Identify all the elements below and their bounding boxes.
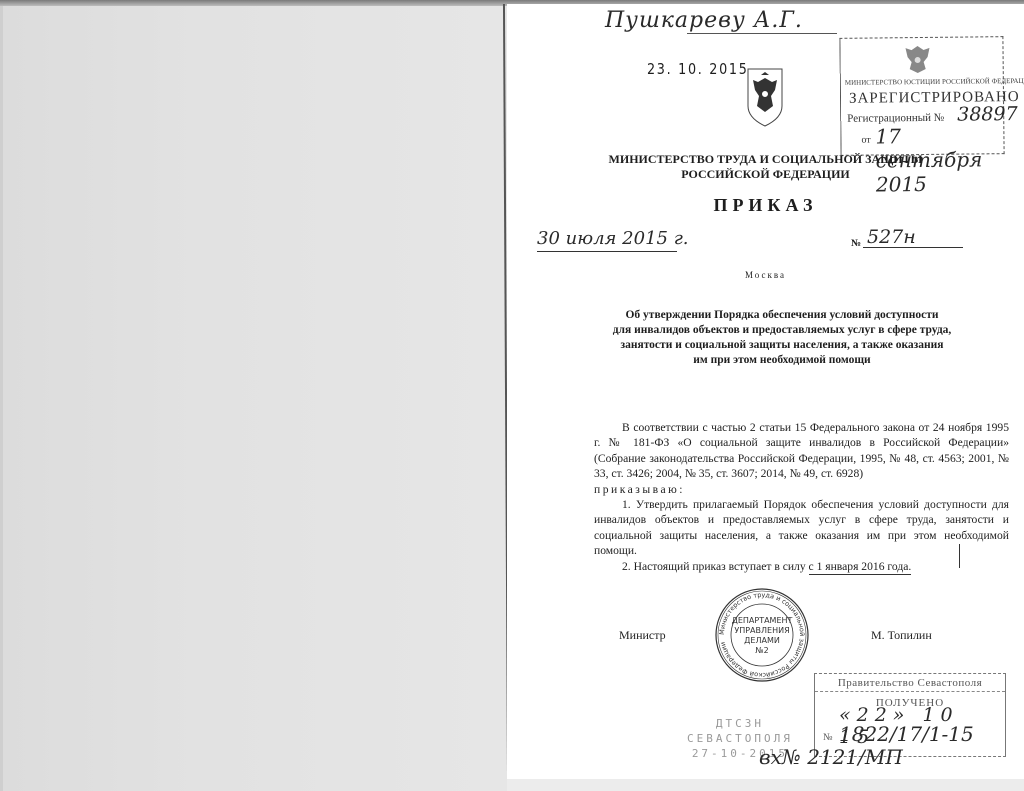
registration-number-label: Регистрационный № (847, 112, 944, 125)
item-2-text: 2. Настоящий приказ вступает в силу (622, 560, 809, 573)
order-page: Пушкареву А.Г. 23. 10. 2015 МИНИСТЕРСТВО… (507, 4, 1024, 779)
svg-text:ДЕПАРТАМЕНТ: ДЕПАРТАМЕНТ (732, 616, 793, 625)
document-title: ПРИКАЗ (507, 195, 1024, 216)
order-word: приказываю: (594, 482, 1009, 497)
addressee-underline (687, 33, 837, 34)
signatory-position: Министр (619, 628, 666, 643)
registration-stamp: МИНИСТЕРСТВО ЮСТИЦИИ РОССИЙСКОЙ ФЕДЕРАЦИ… (839, 36, 1004, 156)
eagle-emblem-icon (900, 42, 934, 76)
subject-line: для инвалидов объектов и предоставляемых… (557, 323, 1007, 338)
left-blank-page (0, 6, 508, 791)
registration-from-label: от (861, 135, 870, 146)
margin-mark (959, 544, 960, 568)
received-organization: Правительство Севастополя (815, 677, 1005, 692)
order-number: 527н (867, 226, 916, 248)
incoming-number-note: вх№ 2121/МП (759, 745, 903, 769)
order-number-underline (863, 247, 963, 248)
left-page-edge (0, 6, 3, 791)
order-date: 30 июля 2015 г. (537, 228, 689, 249)
handwritten-addressee: Пушкареву А.Г. (605, 8, 803, 33)
registration-ministry: МИНИСТЕРСТВО ЮСТИЦИИ РОССИЙСКОЙ ФЕДЕРАЦИ… (845, 77, 1024, 87)
coat-of-arms-icon (745, 66, 785, 128)
received-number-label: № (823, 732, 833, 743)
order-item-1: 1. Утвердить прилагаемый Порядок обеспеч… (594, 497, 1009, 559)
received-date-stamp: 23. 10. 2015 (647, 60, 749, 78)
signatory-name: М. Топилин (871, 628, 932, 643)
round-seal-stamp: Министерство труда и социальной защиты Р… (713, 586, 811, 684)
registration-number: 38897 (957, 103, 1018, 126)
dtszn-line: ДТСЗН (687, 716, 793, 731)
subject-line: Об утверждении Порядка обеспечения услов… (557, 308, 1007, 323)
subject-line: им при этом необходимой помощи (557, 353, 1007, 368)
order-subject: Об утверждении Порядка обеспечения услов… (557, 308, 1007, 368)
ministry-line-1: МИНИСТЕРСТВО ТРУДА И СОЦИАЛЬНОЙ ЗАЩИТЫ (507, 152, 1024, 167)
order-date-underline (537, 251, 677, 252)
order-body: В соответствии с частью 2 статьи 15 Феде… (594, 420, 1009, 574)
city: Москва (507, 270, 1024, 280)
received-number: 1822/17/1-15 (839, 722, 974, 746)
svg-text:ДЕЛАМИ: ДЕЛАМИ (744, 636, 780, 645)
dtszn-line: СЕВАСТОПОЛЯ (687, 731, 793, 746)
order-item-2: 2. Настоящий приказ вступает в силу с 1 … (594, 559, 1009, 574)
effective-date: с 1 января 2016 года. (809, 560, 912, 575)
subject-line: занятости и социальной защиты населения,… (557, 338, 1007, 353)
svg-text:УПРАВЛЕНИЯ: УПРАВЛЕНИЯ (734, 626, 789, 635)
ministry-heading: МИНИСТЕРСТВО ТРУДА И СОЦИАЛЬНОЙ ЗАЩИТЫ Р… (507, 152, 1024, 182)
svg-text:№2: №2 (755, 646, 768, 655)
order-number-label: № (851, 238, 861, 249)
ministry-line-2: РОССИЙСКОЙ ФЕДЕРАЦИИ (507, 167, 1024, 182)
preamble: В соответствии с частью 2 статьи 15 Феде… (594, 420, 1009, 482)
scanner-bottom-edge (507, 779, 1024, 791)
